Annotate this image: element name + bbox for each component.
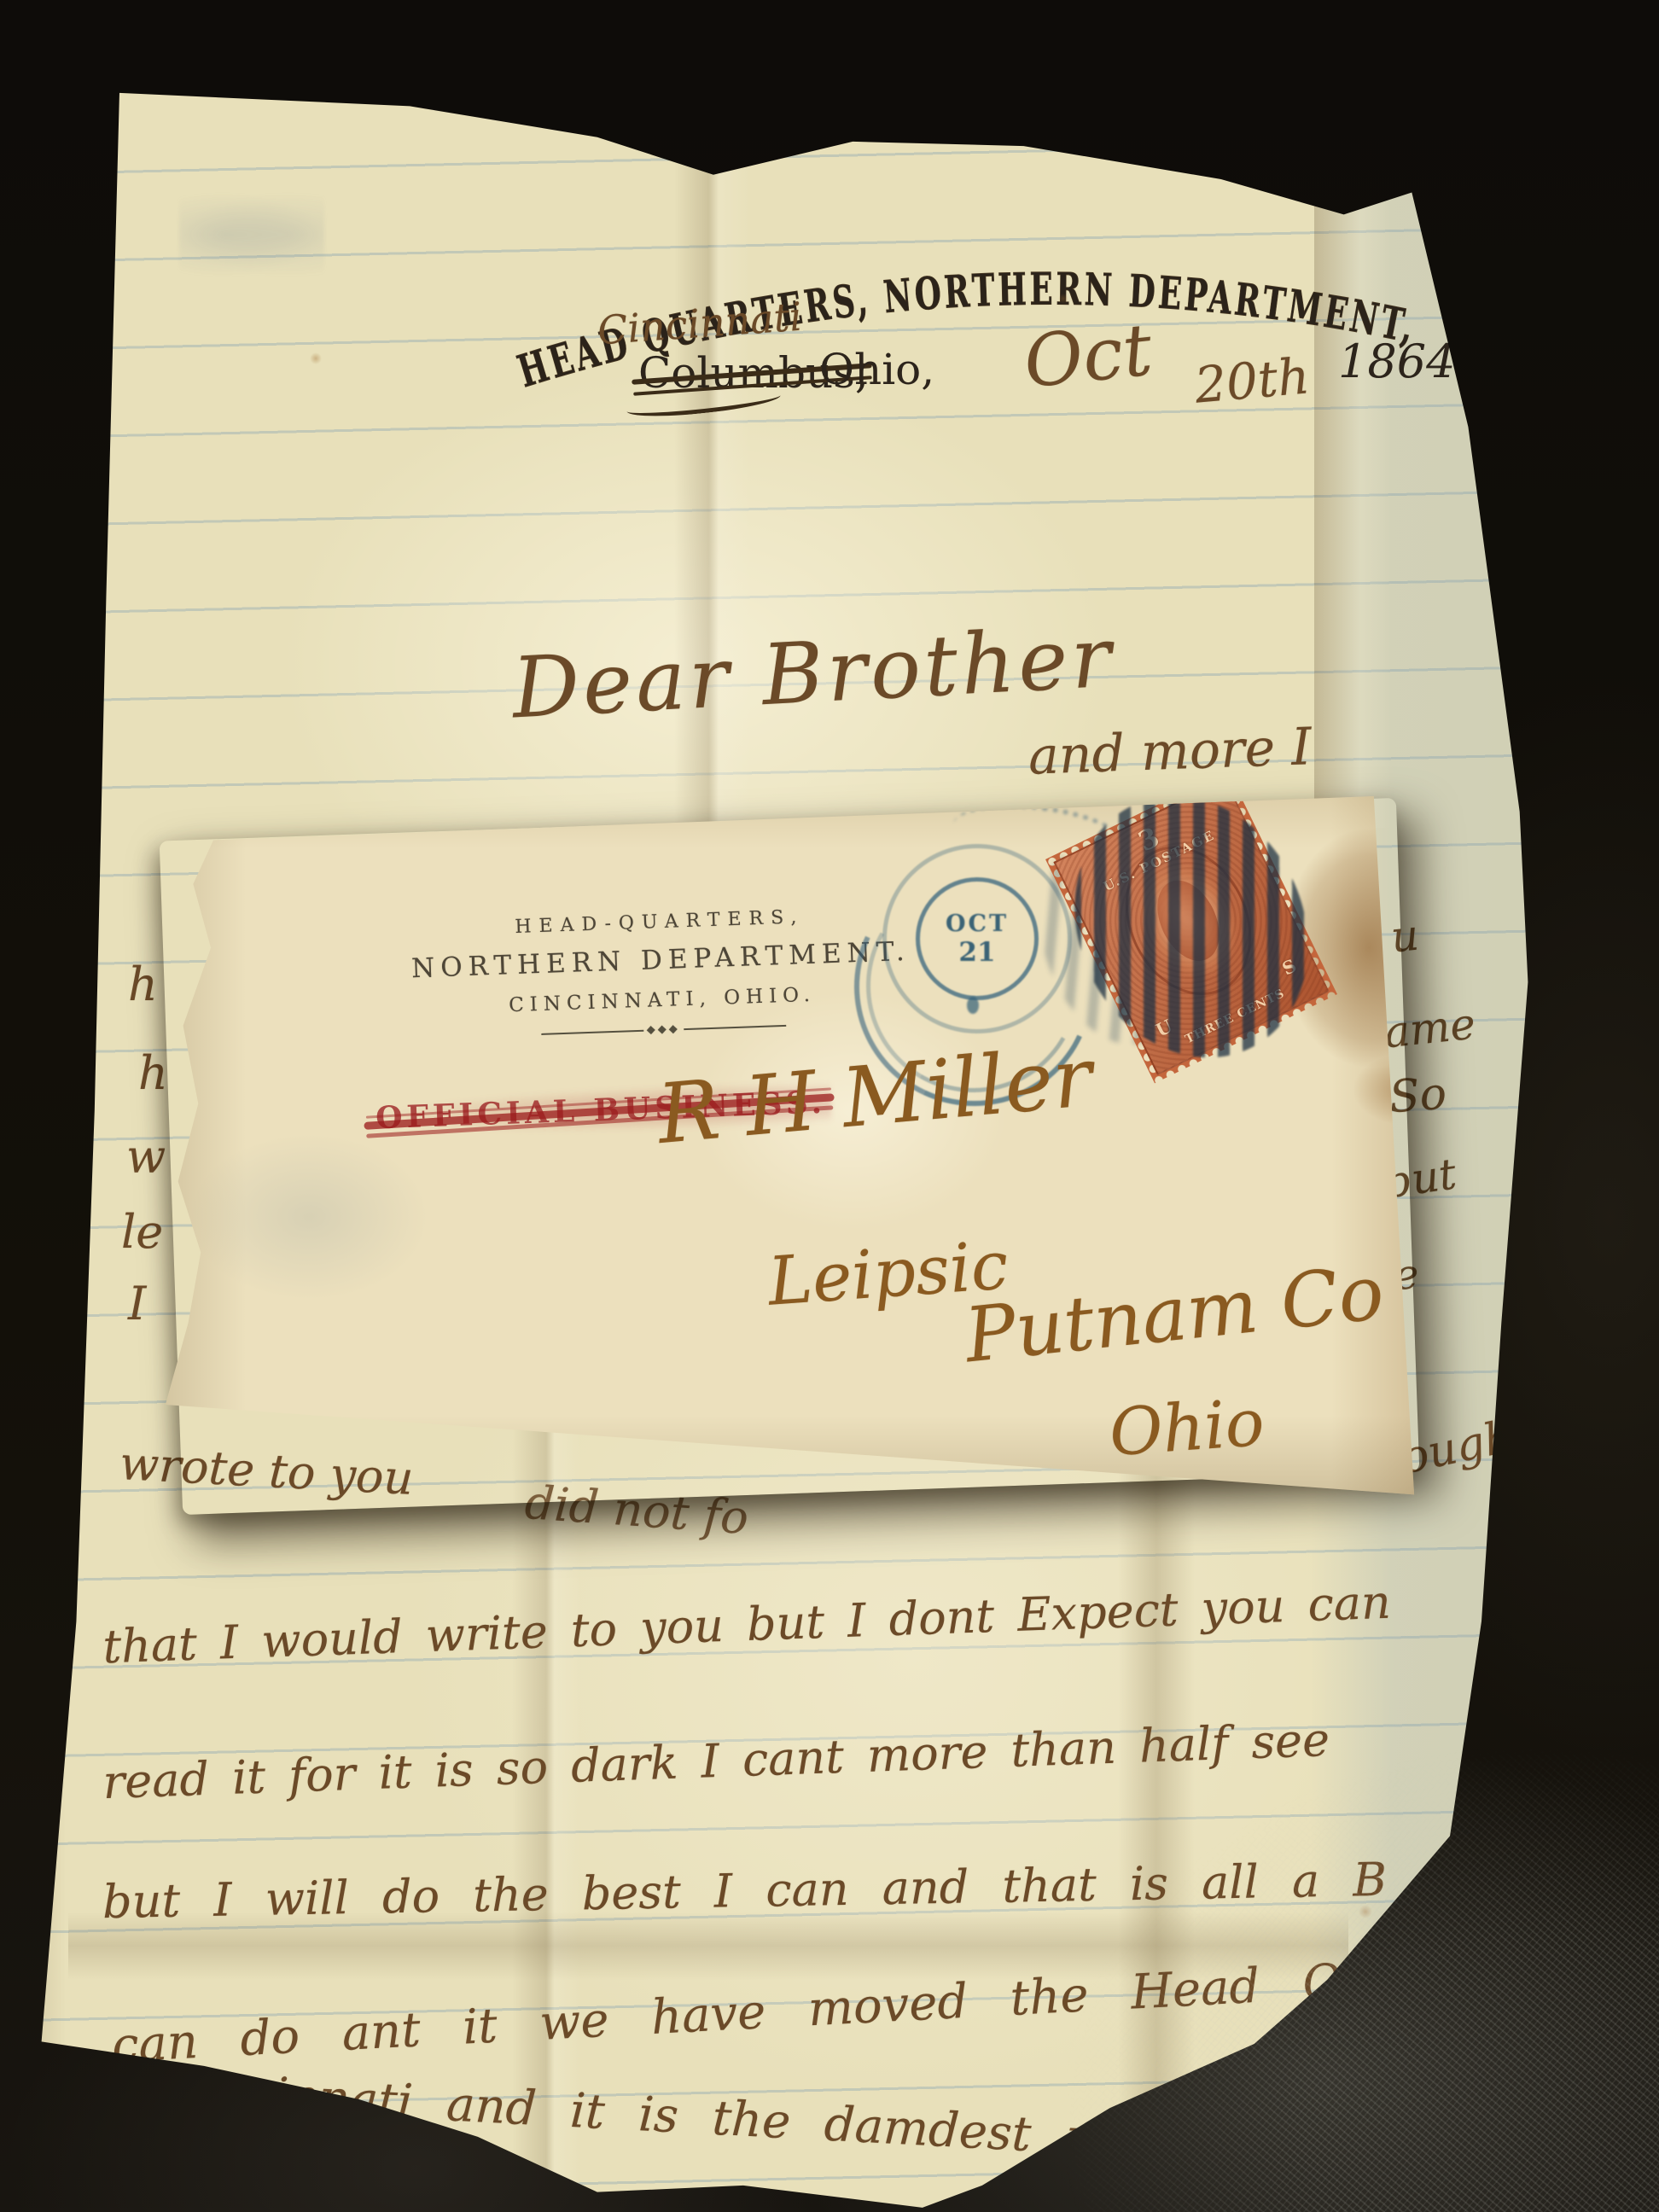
address-state: Ohio	[1107, 1384, 1266, 1470]
postmark-day: 21	[958, 937, 995, 968]
postmark-dot	[967, 997, 979, 1014]
postmark-month: OCT	[946, 911, 1009, 937]
corner-card-line3: CINCINNATI, OHIO.	[406, 981, 919, 1021]
corner-card-line1: HEAD-QUARTERS,	[404, 903, 917, 942]
corner-card-line2: NORTHERN DEPARTMENT.	[405, 936, 917, 985]
left-edge-fragment: h	[128, 958, 158, 1011]
corner-card-ornament-rule: ◆◆◆	[407, 1014, 919, 1045]
ghost-watermark	[179, 192, 324, 277]
dateline-state-printed: Ohio,	[819, 345, 934, 394]
address-name: R H Miller	[654, 1029, 1096, 1162]
postmark-date-circle: OCT 21	[916, 877, 1039, 1000]
address-county: Putnam Co	[961, 1249, 1388, 1380]
left-edge-fragment: w	[126, 1130, 166, 1184]
dateline-month-handwritten: Oct	[1020, 307, 1155, 404]
rule-line	[541, 1029, 643, 1034]
envelope-corner-card: HEAD-QUARTERS, NORTHERN DEPARTMENT. CINC…	[404, 903, 920, 1045]
photo-background: HEAD QUARTERS, NORTHERN DEPARTMENT, Cinc…	[0, 0, 1659, 2212]
body-partial-line: and more I	[1027, 717, 1313, 787]
left-edge-fragment: h	[138, 1046, 168, 1100]
diamond-ornament-icon: ◆◆◆	[647, 1022, 680, 1036]
left-edge-fragment: le	[121, 1205, 163, 1259]
left-edge-fragment: I	[128, 1277, 146, 1330]
salutation: Dear Brother	[510, 609, 1117, 738]
dateline-year-printed: 1864.	[1338, 335, 1470, 388]
leather-texture	[1067, 1749, 1659, 2212]
envelope: HEAD-QUARTERS, NORTHERN DEPARTMENT. CINC…	[158, 792, 1419, 1500]
dateline-day-handwritten: 20th	[1192, 346, 1312, 414]
rule-line	[684, 1024, 786, 1029]
body-line: that I would write to you but I dont Exp…	[102, 1575, 1391, 1674]
